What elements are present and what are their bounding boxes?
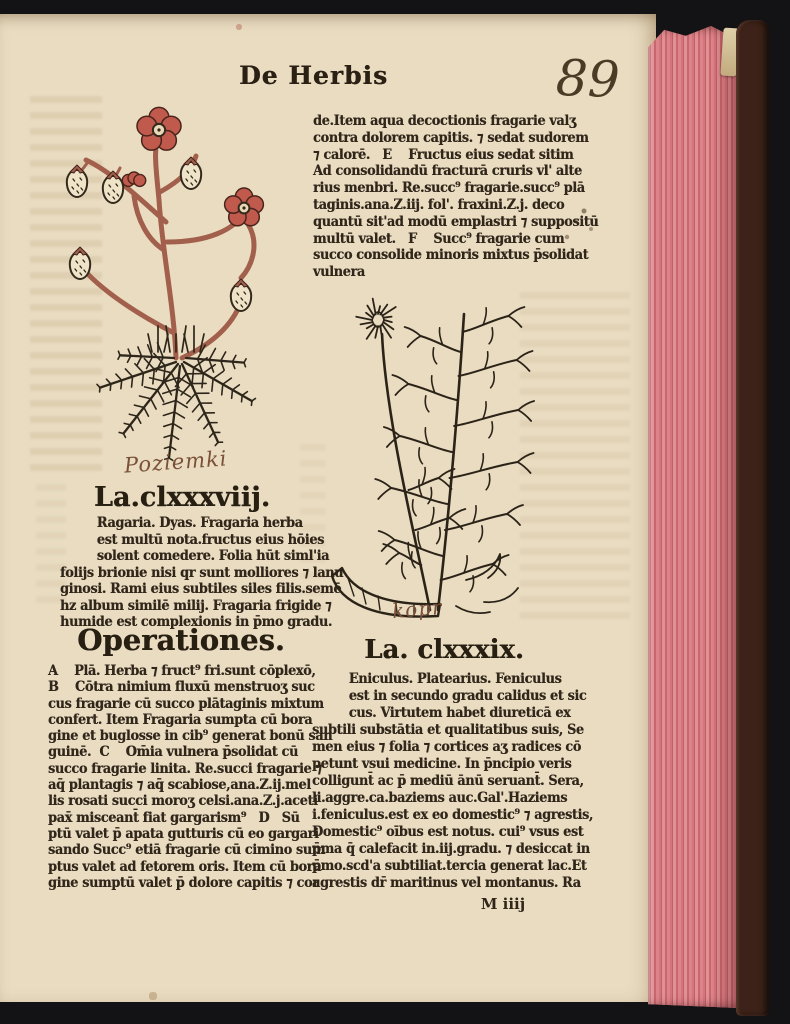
text-line: A Plā. Herba ⁊ fruct⁹ fri.sunt cōplexō, [48,663,324,679]
text-line: folijs brionie nisi qr sunt molliores ⁊ … [60,565,336,582]
text-line: Eniculus. Platearius. Feniculus [349,671,588,688]
text-line: p̄mo.scd'a subtiliat.tercia generat lac.… [312,858,588,875]
text-line: est multū nota.fructus eius hōies [97,532,336,549]
chapter-188-heading: La.clxxxviij. [58,482,306,513]
book-fore-edge [648,26,738,1008]
running-title: De Herbis [239,61,388,90]
text-line: Ad consolidandū fracturā cruris vl' alte [313,163,589,180]
text-line: confert. Item Fragaria sumpta cū bora [48,712,324,728]
text-line: Ragaria. Dyas. Fragaria herba [97,515,336,532]
text-line: quantū sit'ad modū emplastri ⁊ suppositū [313,214,589,231]
handwritten-caption-fennel: kopr [391,595,443,623]
text-line: ⁊ calorē. E Fructus eius sedat sitim [313,147,589,164]
text-line: cus fragarie cū succo plātaginis mixtum [48,696,324,712]
chapter-188-text: Ragaria. Dyas. Fragaria herbaest multū n… [60,515,336,631]
text-line: sando Succ⁹ etiā fragarie cū cimino sum [48,842,324,858]
right-top-text: de.Item aqua decoctionis fragarie valʒco… [313,113,589,281]
text-line: vulnera [313,264,589,281]
text-line: agrestis dr̄ maritinus vel montanus. Ra [312,875,588,892]
text-line: multū valet. F Succ⁹ fragarie cum [313,231,589,248]
text-line: rius menbri. Re.succ⁹ fragarie.succ⁹ plā [313,180,589,197]
book-photo: De Herbis 89 Poziemki La.clxxxviij. Raga… [0,0,790,1024]
text-line: est in secundo gradu calidus et sic [349,688,588,705]
text-line: guinē. C Om̄ia vulnera p̄solidat cū [48,744,324,760]
text-line: lis rosati succi moroʒ celsi.ana.Z.j.ace… [48,793,324,809]
text-line: p̄ma q̄ calefacit in.iij.gradu. ⁊ desicc… [312,841,588,858]
text-line: men eius ⁊ folia ⁊ cortices aʒ radices c… [312,739,588,756]
text-line: contra dolorem capitis. ⁊ sedat sudorem [313,130,589,147]
text-line: Domestic⁹ oībus est notus. cui⁹ vsus est [312,824,588,841]
text-line: cus. Virtutem habet diureticā ex [349,705,588,722]
text-line: colligunt̄ ac p̄ mediū ānū seruant̄. Ser… [312,773,588,790]
text-line: subtili substātia et qualitatibus suis, … [312,722,588,739]
operationes-heading: Operationes. [52,623,310,657]
text-line: succo fragarie linita. Re.succi fragarie… [48,761,324,777]
book-cover-edge [736,20,769,1016]
text-line: succo consolide minoris mixtus p̄solidat [313,247,589,264]
dropcap-indented-lines: Eniculus. Platearius. Feniculusest in se… [312,671,588,722]
text-line: B Cōtra nimium fluxū menstruoʒ suc [48,679,324,695]
text-line: aq̄ plantagis ⁊ aq̄ scabiose,ana.Z.ij.me… [48,777,324,793]
full-width-lines: folijs brionie nisi qr sunt molliores ⁊ … [60,565,336,631]
chapter-189-text: Eniculus. Platearius. Feniculusest in se… [312,671,588,892]
text-line: taginis.ana.Z.iij. fol'. fraxini.Z.j. de… [313,197,589,214]
chapter-189-heading: La. clxxxix. [328,635,560,665]
text-line: petunt vsui medicine. In p̄ncipio veris [312,756,588,773]
dropcap-indented-lines: Ragaria. Dyas. Fragaria herbaest multū n… [60,515,336,565]
text-line: hz album similē milij. Fragaria frigide … [60,598,336,615]
text-line: gine sumptū valet p̄ dolore capitis ⁊ co… [48,875,324,891]
text-line: pax̄ misceant̄ fiat gargarism⁹ D Sū [48,810,324,826]
strawberry-plant-woodcut [36,100,312,462]
full-width-lines: subtili substātia et qualitatibus suis, … [312,722,588,892]
book-page: De Herbis 89 Poziemki La.clxxxviij. Raga… [0,14,656,1002]
text-line: li.aggre.ca.baziems auc.Gal'.Haziems [312,790,588,807]
signature-mark: M iiij [428,895,578,913]
ink-specks [0,14,2,16]
text-line: ptū valet p̄ apata gutturis cū eo gargar… [48,826,324,842]
text-line: de.Item aqua decoctionis fragarie valʒ [313,113,589,130]
text-line: ptus valet ad fetorem oris. Item cū bora [48,859,324,875]
text-line: gine et buglosse in cib⁹ generat bonū sa… [48,728,324,744]
fennel-plant-woodcut [316,280,570,632]
text-line: solent comedere. Folia hūt siml'ia [97,548,336,565]
text-line: i.feniculus.est ex eo domestic⁹ ⁊ agrest… [312,807,588,824]
page-number: 89 [555,49,621,109]
text-line: ginosi. Rami eius subtiles siles filis.s… [60,581,336,598]
operationes-text: A Plā. Herba ⁊ fruct⁹ fri.sunt cōplexō,B… [48,663,324,891]
